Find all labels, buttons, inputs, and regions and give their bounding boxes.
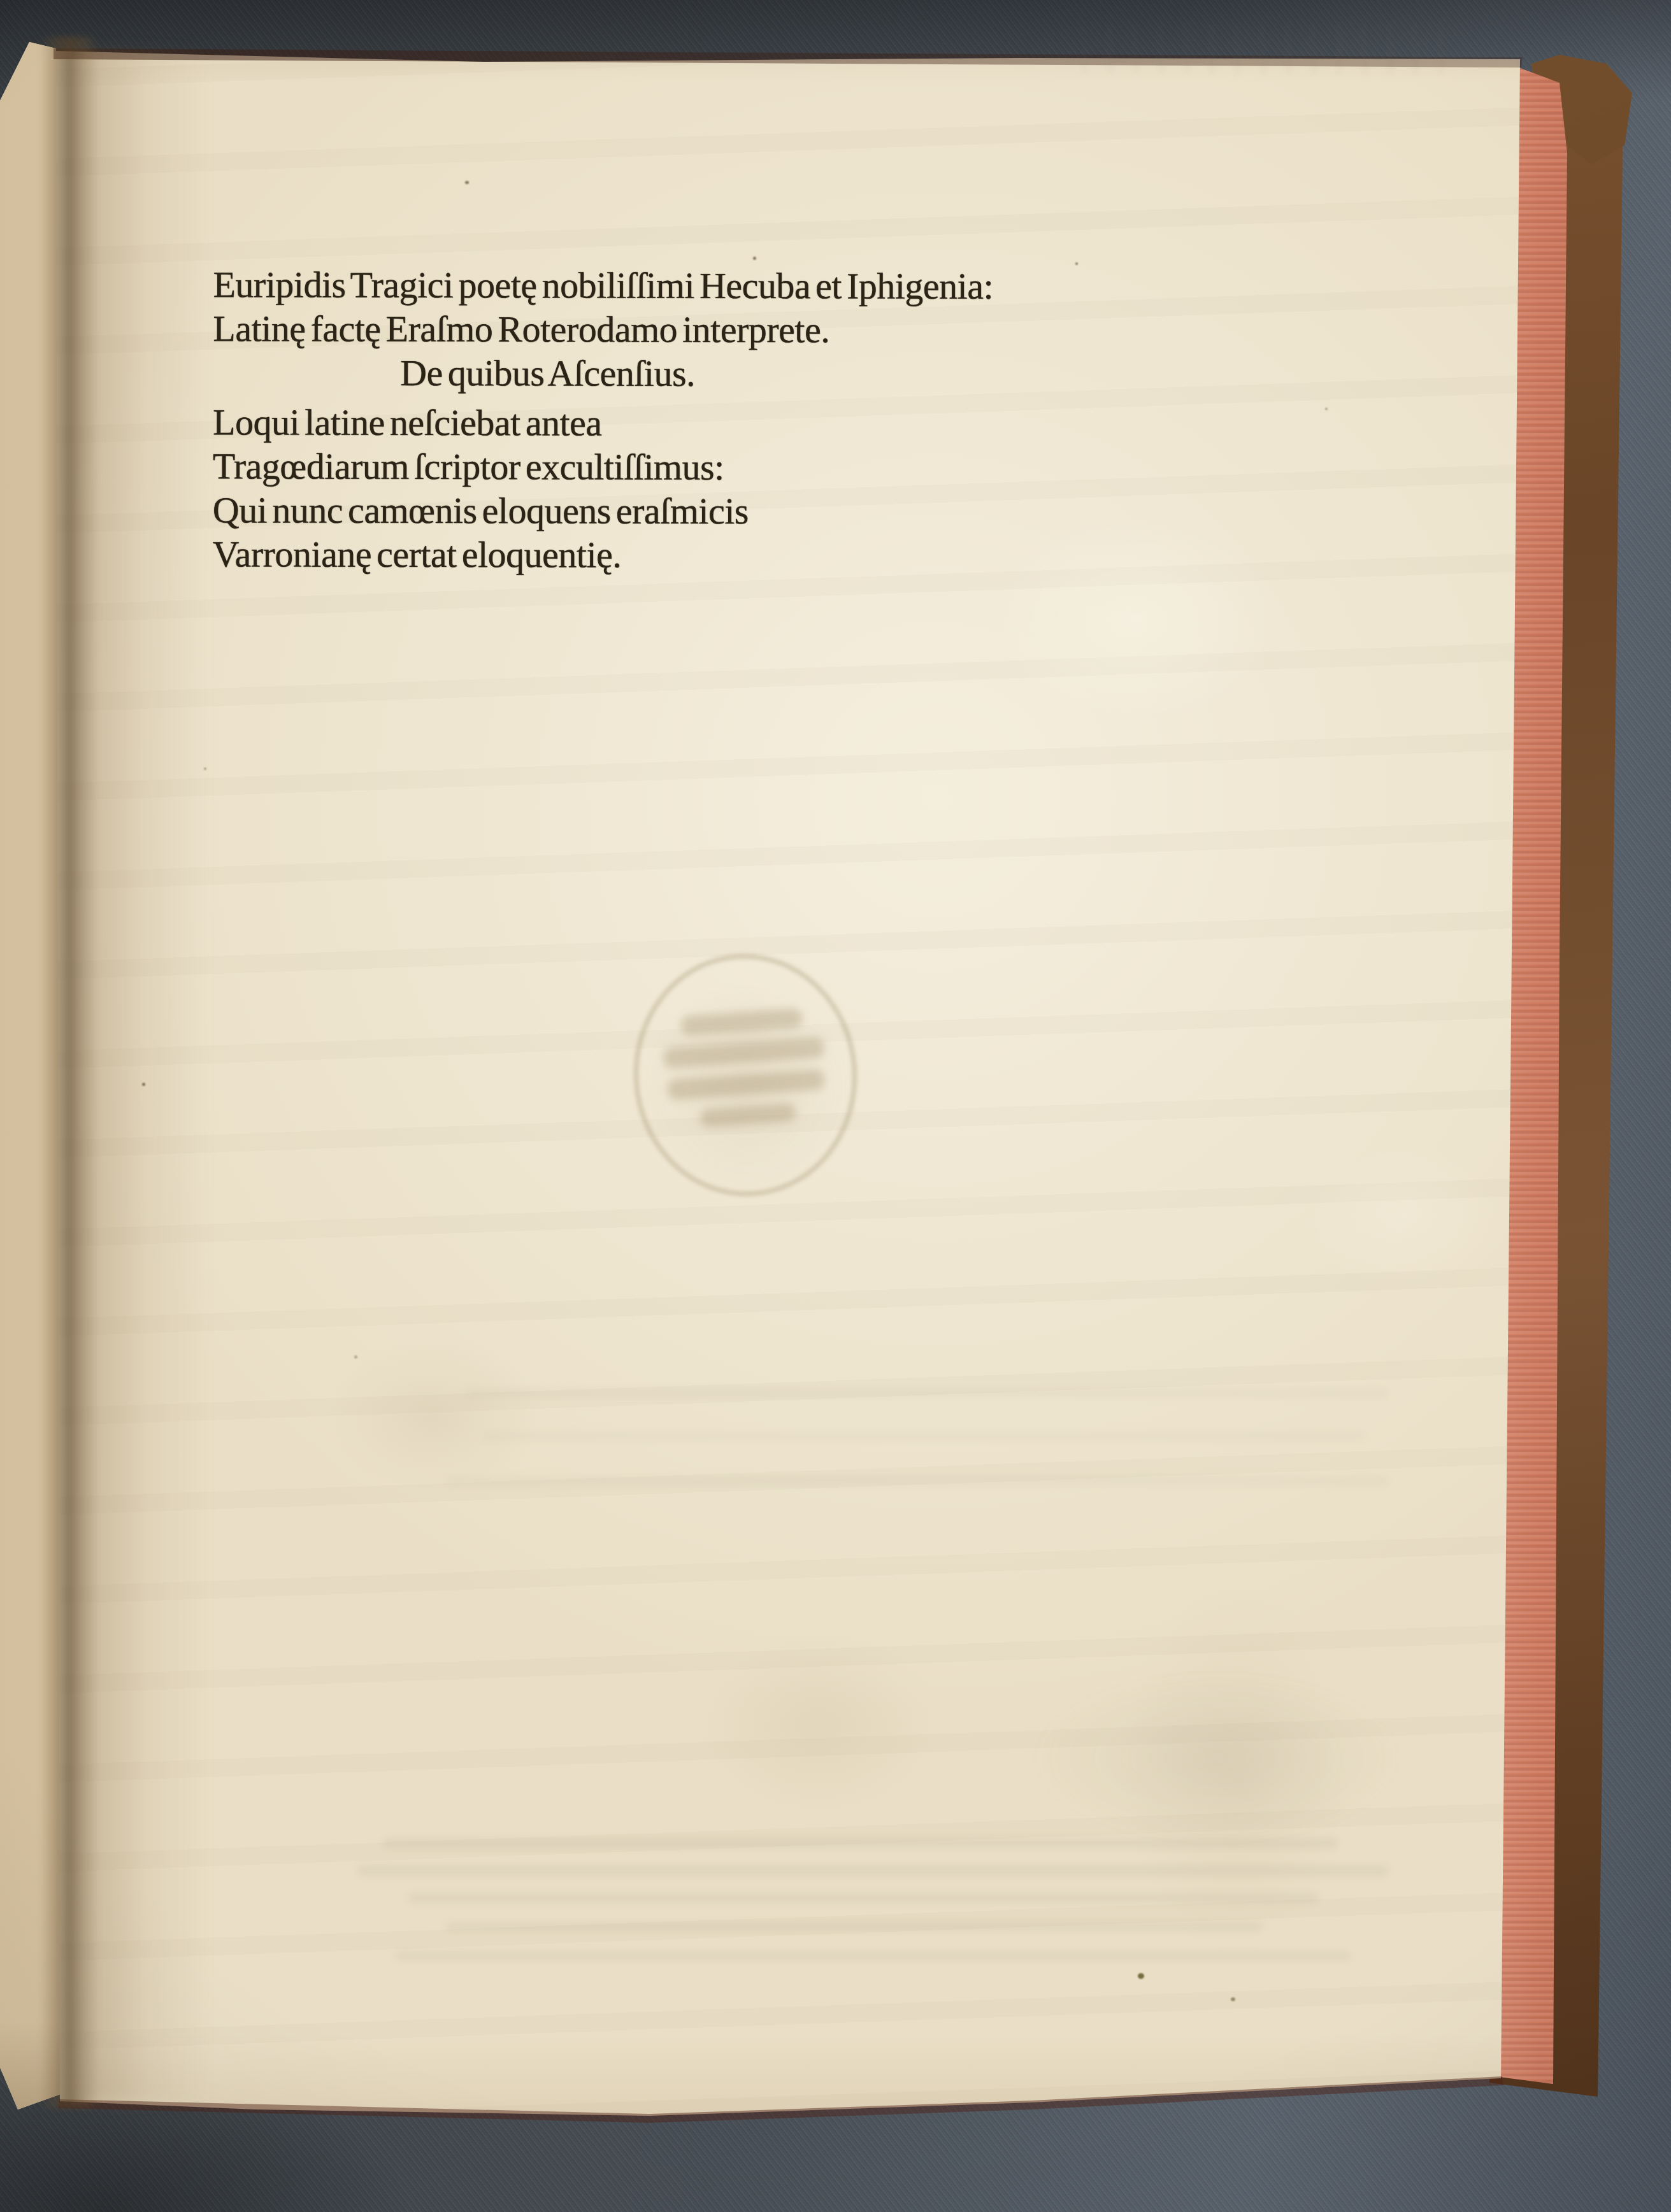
paper-speck	[465, 181, 469, 184]
paper-speck	[1075, 262, 1078, 265]
stamp-text-blur-2	[663, 1037, 825, 1069]
paper-speck	[753, 257, 756, 260]
section-heading: De quibus Aſcenſius.	[400, 351, 1245, 397]
book-photo-scene: Euripidis Tragici poetę nobiliſſimi Hecu…	[0, 0, 1671, 2212]
verso-showthrough-smudge	[968, 1643, 1465, 1873]
verso-showthrough-band	[408, 1893, 1319, 1903]
title-line-2: Latinę factę Eraſmo Roterodamo interpret…	[213, 306, 1245, 352]
verso-showthrough-band	[465, 1388, 1389, 1397]
stamp-text-blur-4	[700, 1103, 797, 1127]
paper-speck	[142, 1083, 145, 1086]
paper-speck	[354, 1355, 357, 1359]
gutter-soft-shadow	[83, 51, 210, 2102]
title-line-1: Euripidis Tragici poetę nobiliſſimi Hecu…	[213, 262, 1245, 308]
verso-showthrough-band	[395, 1952, 1351, 1960]
paper-speck	[1325, 408, 1328, 410]
verse-line-4: Varronianę certat eloquentię.	[212, 532, 1244, 578]
printed-text-block: Euripidis Tragici poetę nobiliſſimi Hecu…	[212, 262, 1245, 578]
paper-speck	[204, 767, 206, 770]
verse-line-1: Loqui latine neſciebat antea	[213, 400, 1245, 446]
verso-showthrough-band	[446, 1922, 1261, 1931]
verso-showthrough-band	[484, 1432, 1363, 1441]
verse-line-3: Qui nunc camœnis eloquens eraſmicis	[213, 488, 1245, 534]
paper-speck	[1231, 1997, 1235, 2001]
stamp-text-blur-3	[667, 1069, 825, 1100]
paper-surface-marks	[1083, 23, 1452, 74]
paper-speck	[1138, 1973, 1144, 1979]
verso-showthrough-band	[446, 1476, 1389, 1485]
stamp-text-blur-1	[680, 1008, 803, 1036]
verse-line-2: Tragœdiarum ſcriptor excultiſſimus:	[213, 444, 1245, 490]
